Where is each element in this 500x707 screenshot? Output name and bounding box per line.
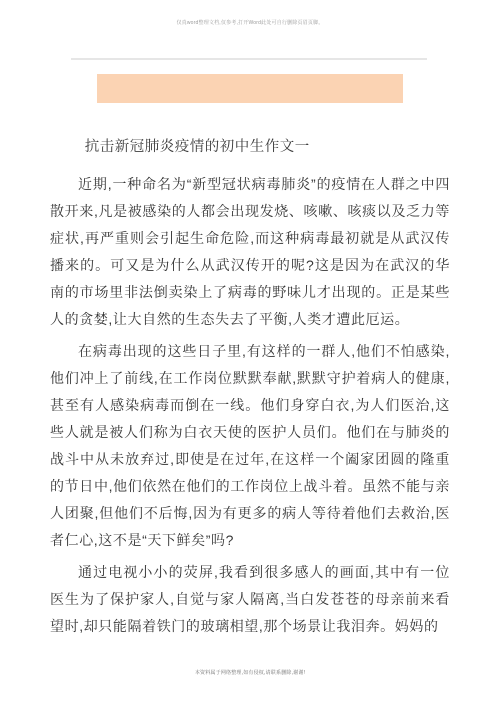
document-body: 抗击新冠肺炎疫情的初中生作文一 近期,一种命名为“新型冠状病毒肺炎”的疫情在人群… xyxy=(50,134,450,645)
page-footer-note: 本资料属于网络整理,如有侵权,请联系删除,谢谢! xyxy=(0,670,500,677)
title-banner xyxy=(97,74,403,103)
header-divider xyxy=(71,58,427,60)
body-paragraph-3: 通过电视小小的荧屏,我看到很多感人的画面,其中有一位医生为了保护家人,自觉与家人… xyxy=(50,559,450,640)
body-paragraph-1: 近期,一种命名为“新型冠状病毒肺炎”的疫情在人群之中四散开来,凡是被感染的人都会… xyxy=(50,171,450,333)
page-header-note: 仅真word整理文档,仅参考,打开Word此处可自行删除页眉页脚。 xyxy=(0,20,500,27)
page-title: 抗击新冠肺炎疫情的初中生作文一 xyxy=(50,134,450,161)
body-paragraph-2: 在病毒出现的这些日子里,有这样的一群人,他们不怕感染,他们冲上了前线,在工作岗位… xyxy=(50,338,450,554)
